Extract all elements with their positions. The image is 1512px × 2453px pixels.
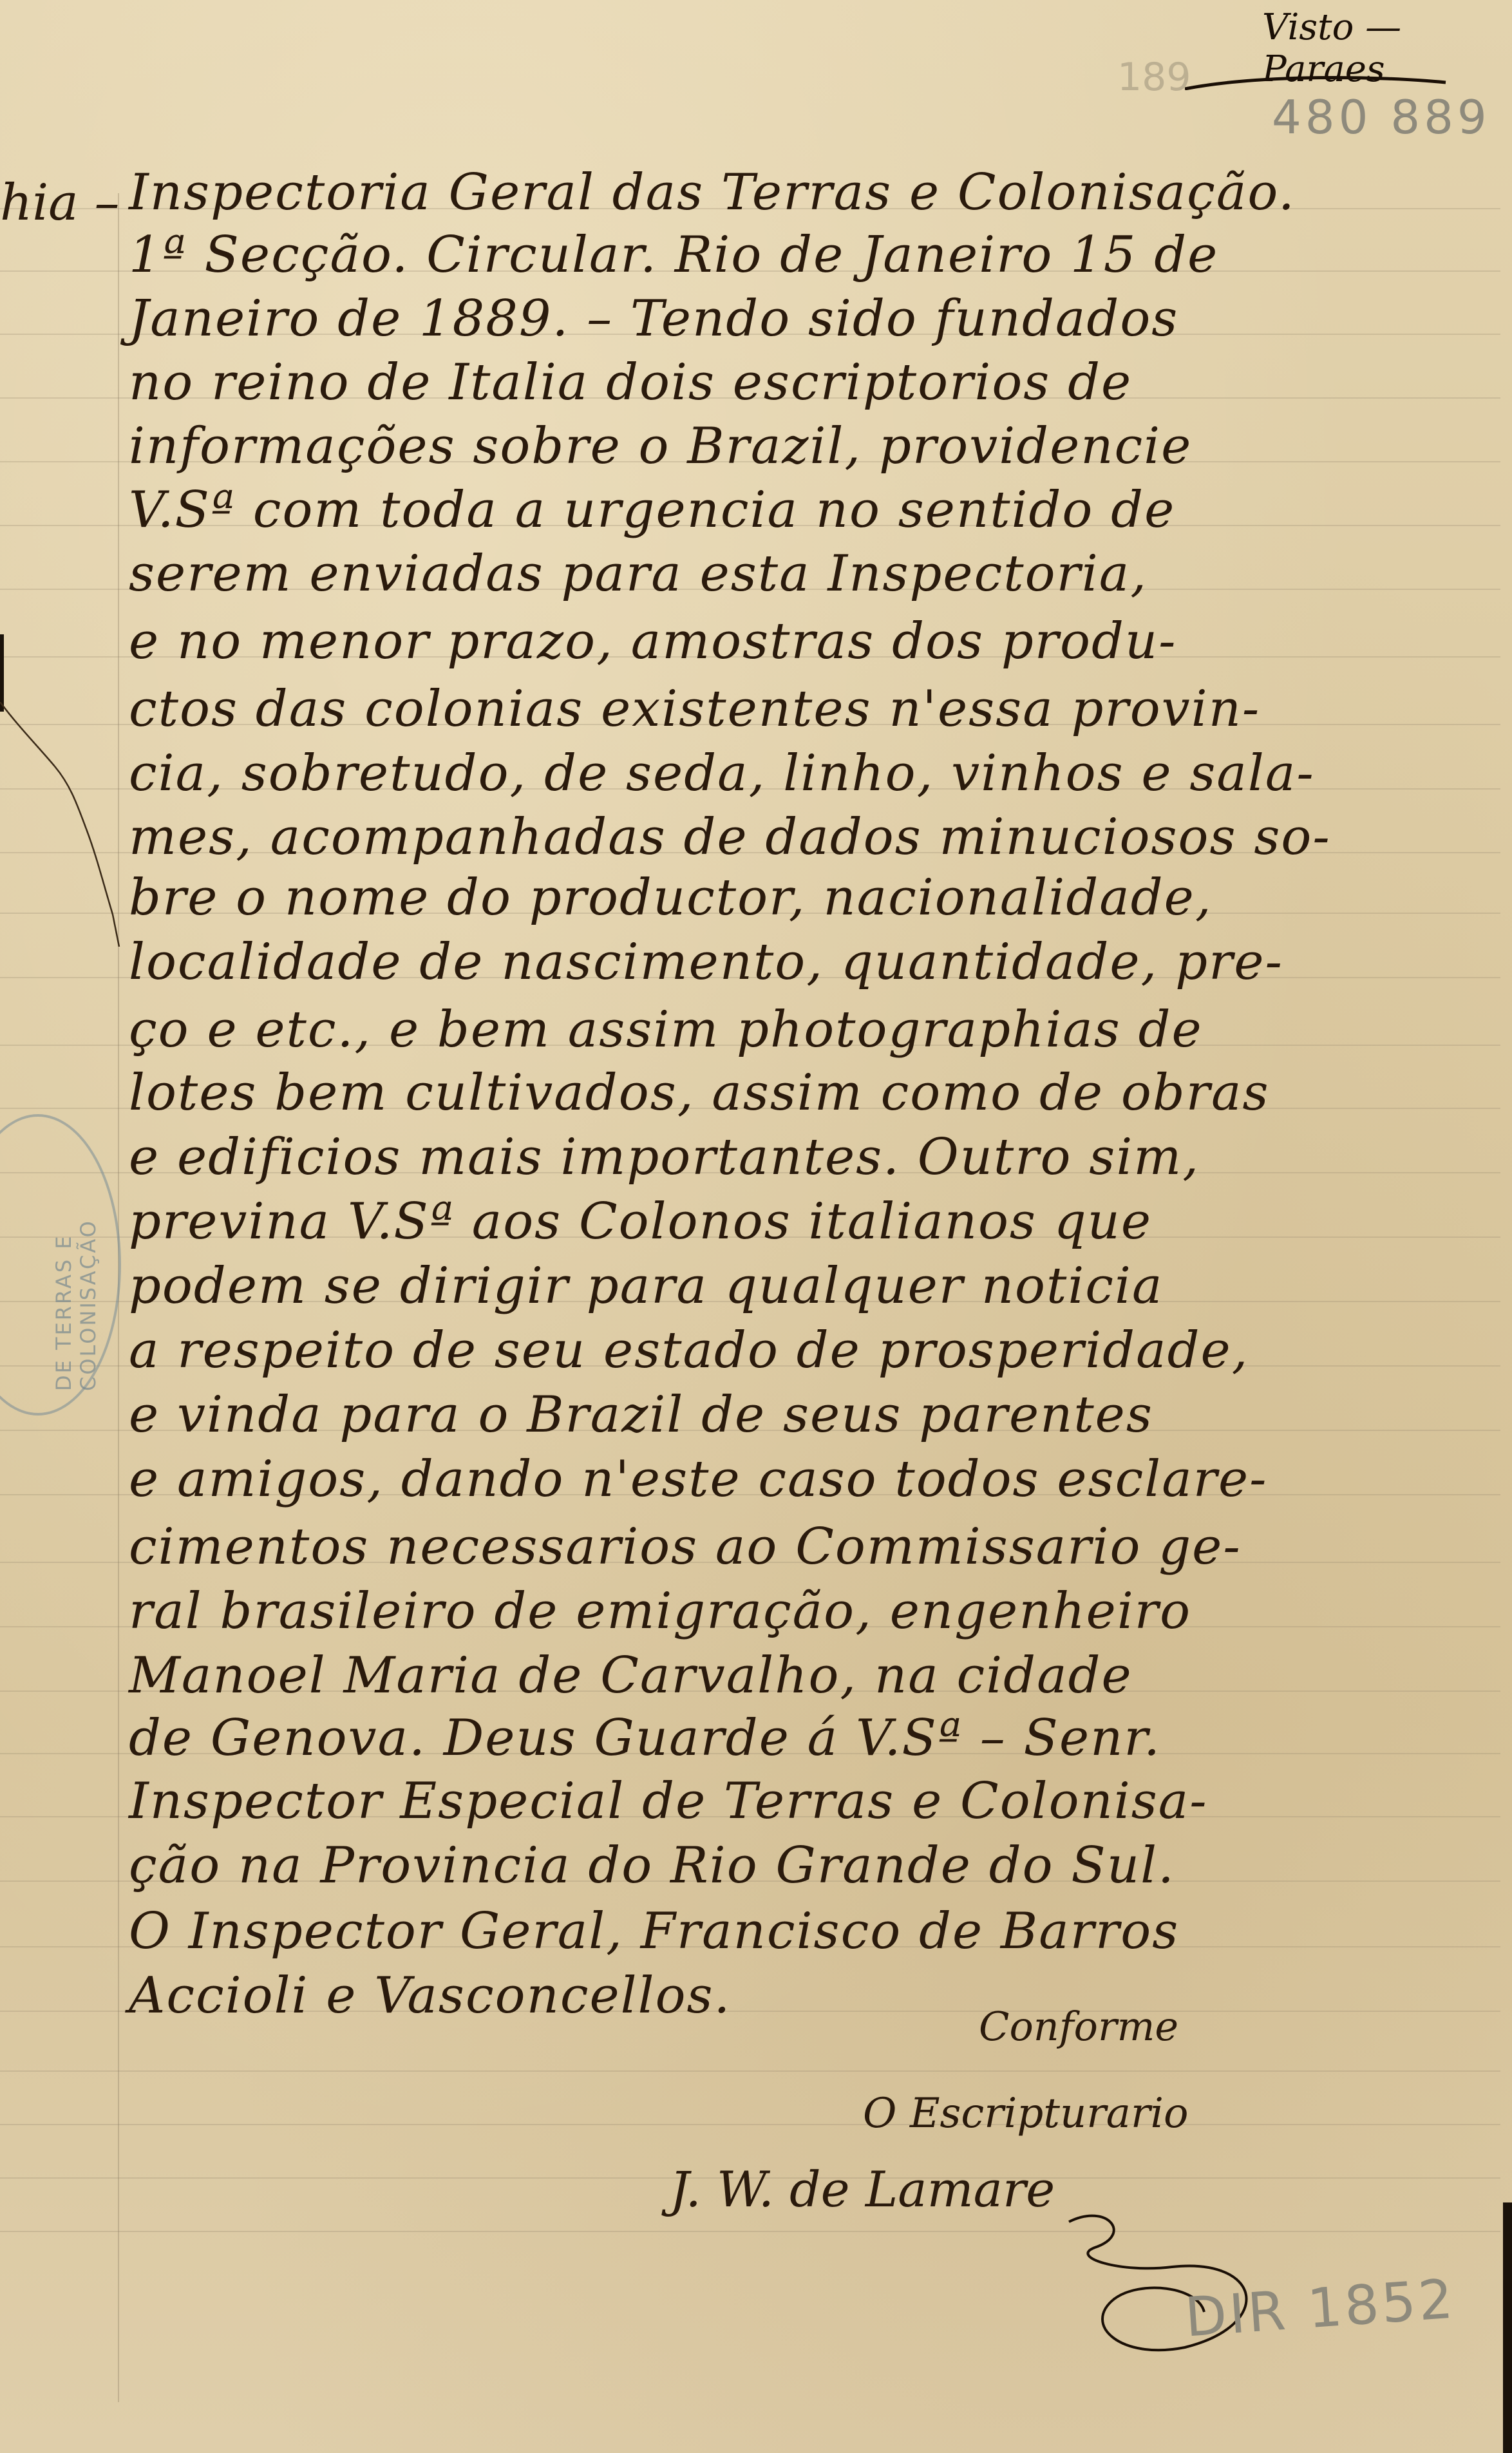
conforme-note: Conforme — [979, 2003, 1178, 2050]
clerk-signature: J. W. de Lamare — [670, 2161, 1055, 2218]
body-line: a respeito de seu estado de prosperidade… — [129, 1325, 1249, 1376]
document-page: Visto — Paraes 189 480 889 hia – DE TERR… — [0, 0, 1512, 2453]
body-line: V.Sª com toda a urgencia no sentido de — [129, 485, 1175, 535]
scan-edge-shadow — [1503, 2202, 1512, 2453]
body-line: cia, sobretudo, de seda, linho, vinhos e… — [129, 748, 1315, 799]
body-line: Manoel Maria de Carvalho, na cidade — [129, 1651, 1133, 1701]
body-line: Accioli e Vasconcellos. — [129, 1971, 731, 2021]
body-line: e vinda para o Brazil de seus parentes — [129, 1390, 1153, 1440]
scan-edge-shadow — [0, 634, 4, 712]
body-line: ço e etc., e bem assim photographias de — [129, 1005, 1203, 1055]
approval-signature: Visto — Paraes — [1262, 6, 1512, 90]
body-line: e amigos, dando n'este caso todos esclar… — [129, 1454, 1268, 1504]
ruled-line — [0, 2070, 1500, 2072]
body-line: Janeiro de 1889. – Tendo sido fundados — [129, 294, 1178, 344]
ruled-line — [0, 2124, 1500, 2125]
body-line: O Inspector Geral, Francisco de Barros — [129, 1906, 1179, 1956]
body-line: ção na Provincia do Rio Grande do Sul. — [129, 1841, 1175, 1891]
left-margin-fragment: hia – — [0, 174, 119, 232]
faint-pencil-mark: 189 — [1117, 55, 1191, 100]
body-line: no reino de Italia dois escriptorios de — [129, 357, 1132, 408]
body-line: cimentos necessarios ao Commissario ge- — [129, 1522, 1242, 1572]
body-line: Inspectoria Geral das Terras e Colonisaç… — [129, 167, 1296, 218]
signature-flourish — [1185, 71, 1449, 90]
body-line: bre o nome do productor, nacionalidade, — [129, 873, 1213, 923]
body-line: ctos das colonias existentes n'essa prov… — [129, 684, 1260, 734]
body-line: e no menor prazo, amostras dos produ- — [129, 616, 1177, 667]
body-line: 1ª Secção. Circular. Rio de Janeiro 15 d… — [129, 230, 1218, 280]
body-line: ral brasileiro de emigração, engenheiro — [129, 1586, 1191, 1636]
body-line: serem enviadas para esta Inspectoria, — [129, 549, 1148, 599]
body-line: previna V.Sª aos Colonos italianos que — [129, 1197, 1152, 1247]
stamp-text: DE TERRAS E COLONISAÇÃO — [52, 1133, 90, 1391]
archive-reference-top: 480 889 — [1272, 90, 1491, 144]
body-line: localidade de nascimento, quantidade, pr… — [129, 937, 1283, 987]
body-line: podem se dirigir para qualquer noticia — [129, 1261, 1163, 1311]
paper-tear-line — [0, 702, 129, 947]
body-line: lotes bem cultivados, assim como de obra… — [129, 1068, 1270, 1118]
body-line: de Genova. Deus Guarde á V.Sª – Senr. — [129, 1713, 1161, 1763]
body-line: e edificios mais importantes. Outro sim, — [129, 1132, 1200, 1182]
clerk-title: O Escripturario — [863, 2090, 1189, 2137]
body-line: mes, acompanhadas de dados minuciosos so… — [129, 812, 1331, 862]
body-line: Inspector Especial de Terras e Colonisa- — [129, 1776, 1208, 1826]
body-line: informações sobre o Brazil, providencie — [129, 421, 1192, 471]
